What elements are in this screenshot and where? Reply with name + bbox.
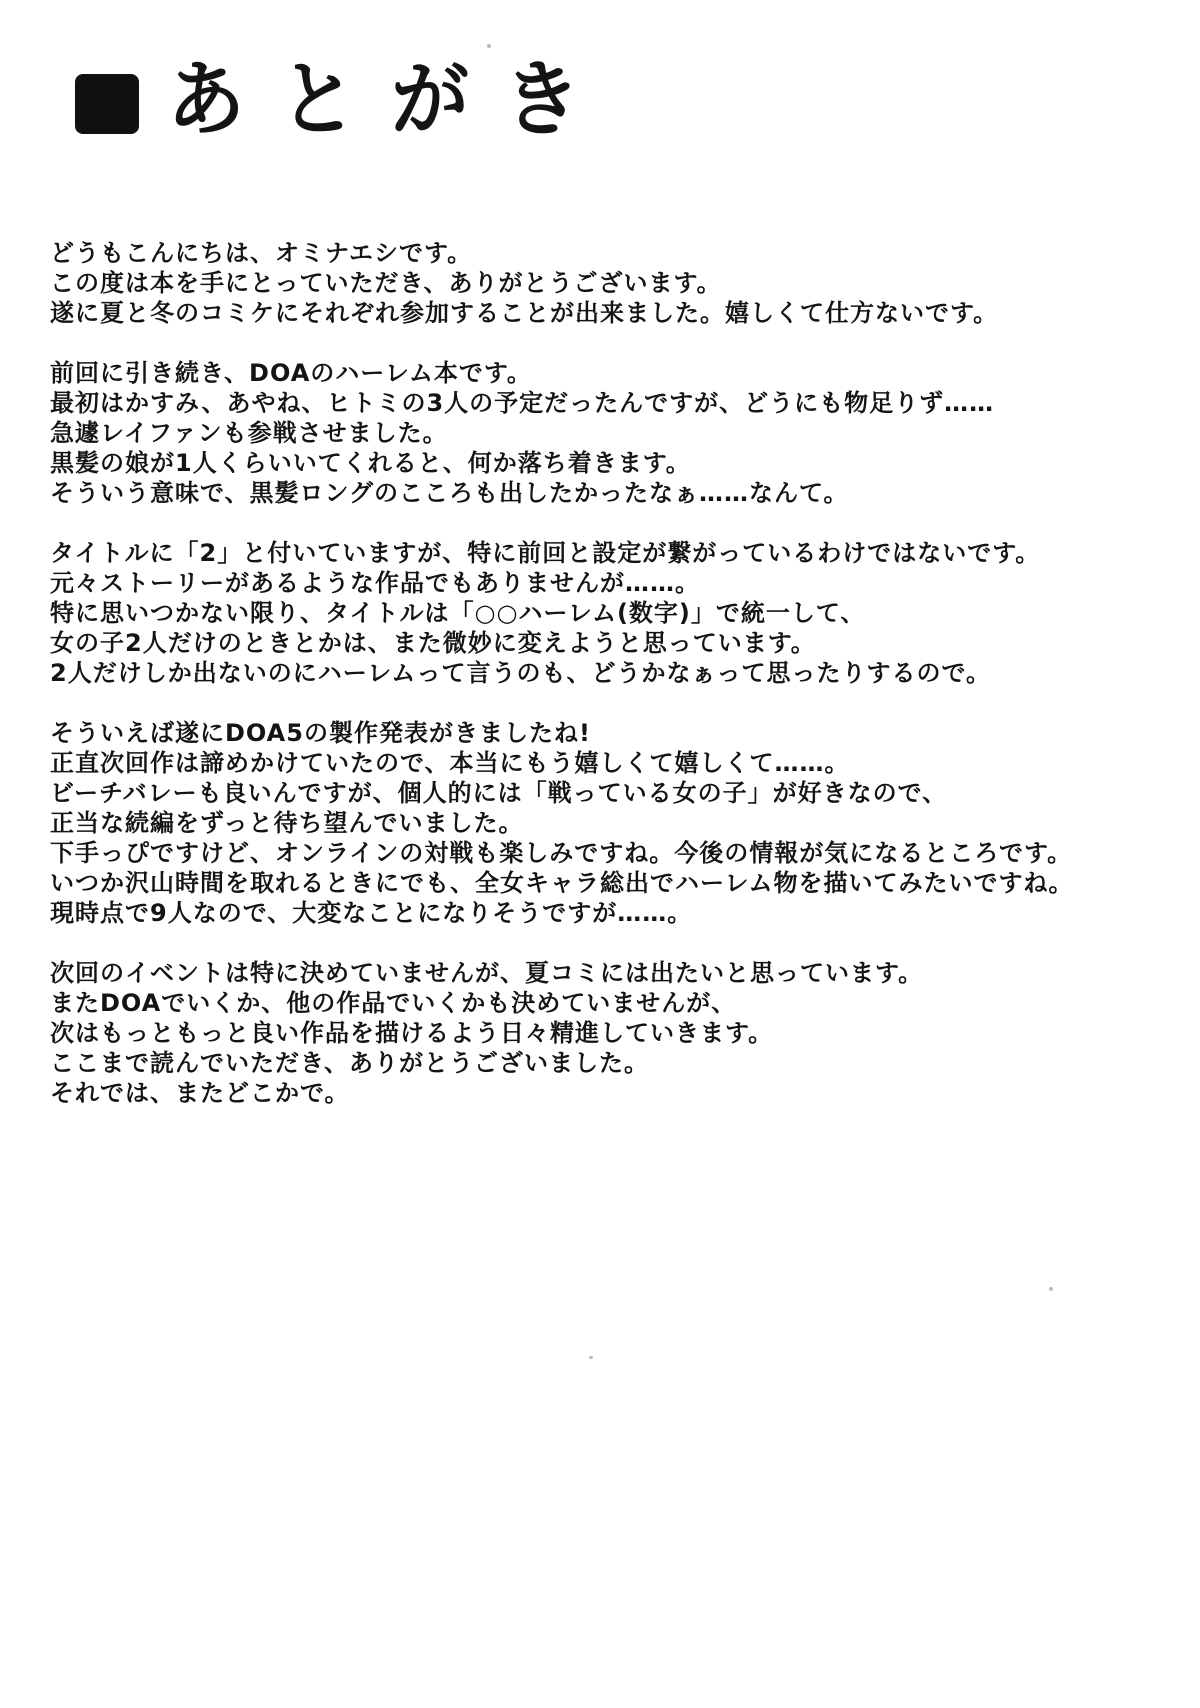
- text-line: そういえば遂にDOA5の製作発表がきましたね!: [50, 718, 1160, 748]
- text-line: 2人だけしか出ないのにハーレムって言うのも、どうかなぁって思ったりするので。: [50, 658, 1160, 688]
- text-line: それでは、またどこかで。: [50, 1078, 1160, 1108]
- text-line: この度は本を手にとっていただき、ありがとうございます。: [50, 268, 1160, 298]
- scan-speck: [1049, 1287, 1053, 1291]
- text-line: そういう意味で、黒髪ロングのこころも出したかったなぁ……なんて。: [50, 478, 1160, 508]
- text-line: 遂に夏と冬のコミケにそれぞれ参加することが出来ました。嬉しくて仕方ないです。: [50, 298, 1160, 328]
- text-line: 元々ストーリーがあるような作品でもありませんが……。: [50, 568, 1160, 598]
- text-line: 正直次回作は諦めかけていたので、本当にもう嬉しくて嬉しくて……。: [50, 748, 1160, 778]
- text-line: 次はもっともっと良い作品を描けるよう日々精進していきます。: [50, 1018, 1160, 1048]
- text-line: 女の子2人だけのときとかは、また微妙に変えようと思っています。: [50, 628, 1160, 658]
- text-line: 最初はかすみ、あやね、ヒトミの3人の予定だったんですが、どうにも物足りず……: [50, 388, 1160, 418]
- paragraph: タイトルに「2」と付いていますが、特に前回と設定が繋がっているわけではないです。…: [50, 538, 1160, 688]
- paragraph: そういえば遂にDOA5の製作発表がきましたね!正直次回作は諦めかけていたので、本…: [50, 718, 1160, 928]
- text-line: 黒髪の娘が1人くらいいてくれると、何か落ち着きます。: [50, 448, 1160, 478]
- text-line: ここまで読んでいただき、ありがとうございました。: [50, 1048, 1160, 1078]
- paragraph: どうもこんにちは、オミナエシです。この度は本を手にとっていただき、ありがとうござ…: [50, 238, 1160, 328]
- text-line: タイトルに「2」と付いていますが、特に前回と設定が繋がっているわけではないです。: [50, 538, 1160, 568]
- text-line: 現時点で9人なので、大変なことになりそうですが……。: [50, 898, 1160, 928]
- afterword-page: あとがき どうもこんにちは、オミナエシです。この度は本を手にとっていただき、あり…: [0, 0, 1200, 1708]
- text-line: 正当な続編をずっと待ち望んでいました。: [50, 808, 1160, 838]
- scan-speck: [589, 1356, 593, 1359]
- text-line: 急遽レイファンも参戦させました。: [50, 418, 1160, 448]
- paragraph: 次回のイベントは特に決めていませんが、夏コミには出たいと思っています。またDOA…: [50, 958, 1160, 1108]
- text-line: いつか沢山時間を取れるときにでも、全女キャラ総出でハーレム物を描いてみたいですね…: [50, 868, 1160, 898]
- text-line: 下手っぴですけど、オンラインの対戦も楽しみですね。今後の情報が気になるところです…: [50, 838, 1160, 868]
- paragraph: 前回に引き続き、DOAのハーレム本です。最初はかすみ、あやね、ヒトミの3人の予定…: [50, 358, 1160, 508]
- scan-speck: [487, 44, 491, 48]
- text-line: またDOAでいくか、他の作品でいくかも決めていませんが、: [50, 988, 1160, 1018]
- page-title: あとがき: [75, 58, 615, 144]
- text-line: ビーチバレーも良いんですが、個人的には「戦っている女の子」が好きなので、: [50, 778, 1160, 808]
- afterword-body: どうもこんにちは、オミナエシです。この度は本を手にとっていただき、ありがとうござ…: [50, 238, 1160, 1138]
- text-line: どうもこんにちは、オミナエシです。: [50, 238, 1160, 268]
- text-line: 次回のイベントは特に決めていませんが、夏コミには出たいと思っています。: [50, 958, 1160, 988]
- text-line: 前回に引き続き、DOAのハーレム本です。: [50, 358, 1160, 388]
- black-square-icon: [75, 74, 139, 134]
- text-line: 特に思いつかない限り、タイトルは「○○ハーレム(数字)」で統一して、: [50, 598, 1160, 628]
- page-title-text: あとがき: [167, 56, 615, 146]
